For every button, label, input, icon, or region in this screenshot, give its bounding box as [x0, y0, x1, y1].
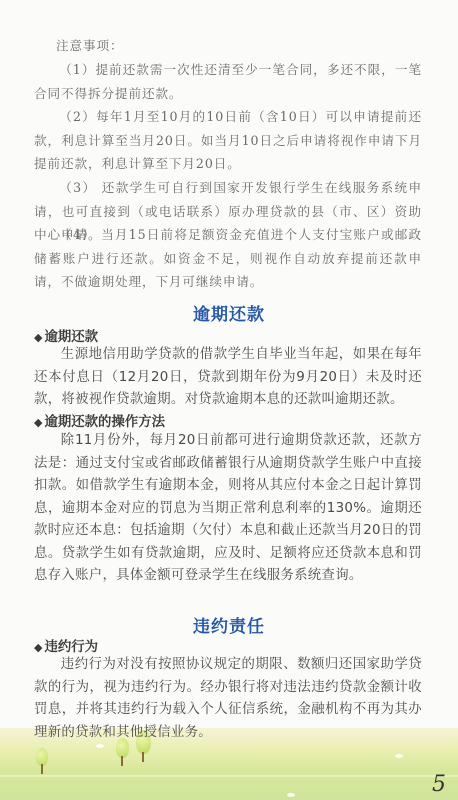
subheading-text: 逾期还款 — [44, 330, 98, 345]
notes-item-4: （4） 当月15日前将足额资金充值进个人支付宝账户或邮政储蓄账户进行还款。如资金… — [34, 223, 422, 294]
diamond-bullet-icon: ◆ — [34, 416, 42, 429]
overdue-method-paragraph: 除11月份外，每月20日前都可进行逾期贷款还款，还款方法是：通过支付宝或省邮政储… — [34, 430, 422, 588]
section-title-breach: 违约责任 — [0, 612, 458, 637]
overdue-paragraph: 生源地信用助学贷款的借款学生自毕业当年起，如果在每年还本付息日（12月20日，贷… — [34, 344, 422, 412]
subheading-overdue: ◆逾期还款 — [34, 326, 98, 345]
subheading-text: 违约行为 — [44, 640, 98, 655]
subheading-text: 逾期还款的操作方法 — [44, 415, 165, 430]
breach-paragraph: 违约行为对没有按照协议规定的期限、数额归还国家助学贷款的行为，视为违约行为。经办… — [34, 654, 422, 744]
document-page: 注意事项： （1）提前还款需一次性还清至少一笔合同，多还不限，一笔合同不得拆分提… — [0, 0, 458, 800]
diamond-bullet-icon: ◆ — [34, 331, 42, 344]
subheading-breach: ◆违约行为 — [34, 636, 98, 655]
diamond-bullet-icon: ◆ — [34, 641, 42, 654]
section-title-overdue: 逾期还款 — [0, 300, 458, 325]
flower-dot — [96, 744, 104, 748]
page-number: 5 — [432, 772, 446, 797]
flower-dot — [395, 754, 403, 758]
subheading-overdue-method: ◆逾期还款的操作方法 — [34, 411, 165, 430]
notes-item-2: （2）每年1月至10月的10日前（含10日）可以申请提前还款，利息计算至当月20… — [34, 105, 422, 176]
notes-item-1: （1）提前还款需一次性还清至少一笔合同，多还不限，一笔合同不得拆分提前还款。 — [34, 58, 422, 105]
notes-heading: 注意事项： — [56, 34, 416, 58]
grass-stripe — [0, 775, 458, 777]
flower-dot — [287, 793, 295, 797]
